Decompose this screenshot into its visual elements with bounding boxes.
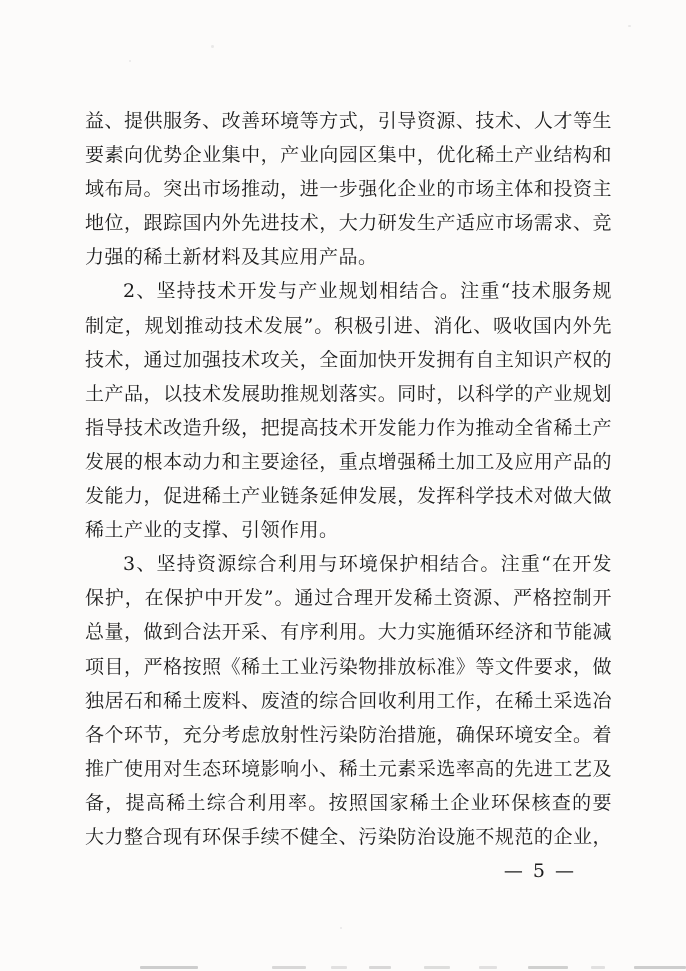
text-line: 保护，在保护中开发”。通过合理开发稀土资源、严格控制开采 <box>85 581 612 615</box>
scan-artifact-dash <box>272 966 306 969</box>
document-page: 益、提供服务、改善环境等方式，引导资源、技术、人才等生产要素向优势企业集中，产业… <box>0 0 686 971</box>
body-text: 益、提供服务、改善环境等方式，引导资源、技术、人才等生产要素向优势企业集中，产业… <box>85 104 612 854</box>
paragraph: 益、提供服务、改善环境等方式，引导资源、技术、人才等生产要素向优势企业集中，产业… <box>85 104 612 274</box>
scan-artifact-dash <box>591 966 605 969</box>
text-line: 力强的稀土新材料及其应用产品。 <box>85 240 612 274</box>
scan-artifact-dash <box>369 966 391 969</box>
text-line: 项目，严格按照《稀土工业污染物排放标准》等文件要求，做好 <box>85 650 612 684</box>
scan-noise-speck <box>628 25 631 27</box>
scan-artifact-dash <box>634 966 686 969</box>
text-line: 制定，规划推动技术发展”。积极引进、消化、吸收国内外先进 <box>85 309 612 343</box>
text-line: 地位，跟踪国内外先进技术，大力研发生产适应市场需求、竞争 <box>85 206 612 240</box>
text-line: 大力整合现有环保手续不健全、污染防治设施不规范的企业，实 <box>85 820 612 854</box>
scan-artifact-dash <box>528 966 568 969</box>
text-line: 3、坚持资源综合利用与环境保护相结合。注重“在开发中 <box>85 547 612 581</box>
text-line: 总量，做到合法开采、有序利用。大力实施循环经济和节能减排 <box>85 615 612 649</box>
scan-noise-speck <box>129 60 131 62</box>
scan-artifact-dash <box>140 966 198 969</box>
scan-artifact-dash <box>479 966 497 969</box>
text-line: 要素向优势企业集中，产业向园区集中，优化稀土产业结构和区 <box>85 138 612 172</box>
text-line: 各个环节，充分考虑放射性污染防治措施，确保环境安全。着力 <box>85 718 612 752</box>
text-line: 备，提高稀土综合利用率。按照国家稀土企业环保核查的要求， <box>85 786 612 820</box>
paragraph: 3、坚持资源综合利用与环境保护相结合。注重“在开发中保护，在保护中开发”。通过合… <box>85 547 612 854</box>
text-line: 发能力，促进稀土产业链条延伸发展，发挥科学技术对做大做强 <box>85 479 612 513</box>
text-line: 推广使用对生态环境影响小、稀土元素采选率高的先进工艺及设 <box>85 752 612 786</box>
text-line: 指导技术改造升级，把提高技术开发能力作为推动全省稀土产业 <box>85 411 612 445</box>
text-line: 技术，通过加强技术攻关，全面加快开发拥有自主知识产权的稀 <box>85 343 612 377</box>
scan-artifact-dash <box>331 966 347 969</box>
text-line: 稀土产业的支撑、引领作用。 <box>85 513 612 547</box>
scan-artifact-marks <box>0 965 686 969</box>
text-line: 土产品，以技术发展助推规划落实。同时，以科学的产业规划来 <box>85 377 612 411</box>
text-line: 独居石和稀土废料、废渣的综合回收利用工作，在稀土采选冶等 <box>85 684 612 718</box>
text-line: 益、提供服务、改善环境等方式，引导资源、技术、人才等生产 <box>85 104 612 138</box>
text-line: 发展的根本动力和主要途径，重点增强稀土加工及应用产品的研 <box>85 445 612 479</box>
page-number: — 5 — <box>504 859 576 883</box>
text-line: 2、坚持技术开发与产业规划相结合。注重“技术服务规划 <box>85 274 612 308</box>
text-line: 域布局。突出市场推动，进一步强化企业的市场主体和投资主体 <box>85 172 612 206</box>
scan-noise-speck <box>340 927 342 929</box>
paragraph: 2、坚持技术开发与产业规划相结合。注重“技术服务规划制定，规划推动技术发展”。积… <box>85 274 612 547</box>
scan-noise-speck <box>211 45 214 48</box>
scan-artifact-dash <box>424 966 450 969</box>
